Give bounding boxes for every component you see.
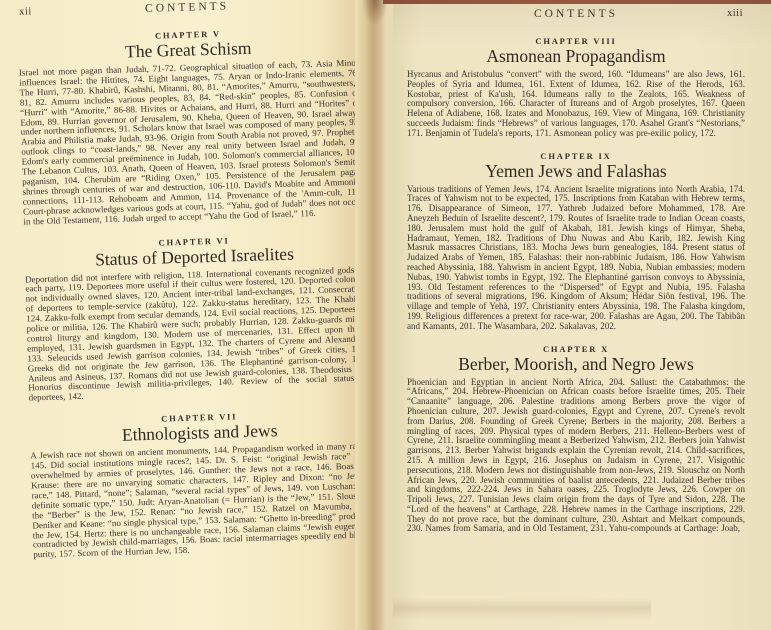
book-scan: xii CONTENTS CHAPTER V The Great Schism … — [0, 0, 771, 630]
left-header-row: xii CONTENTS — [17, 0, 357, 20]
chapter-v: CHAPTER V The Great Schism Israel not mo… — [18, 25, 364, 228]
chapter-viii: CHAPTER VIII Asmonean Propagandism Hyrca… — [407, 36, 745, 139]
chapter-vii-summary: A Jewish race not shown on ancient monum… — [30, 442, 373, 561]
page-gutter — [355, 0, 393, 630]
chapter-ix-label: CHAPTER IX — [407, 151, 745, 161]
chapter-vii: CHAPTER VII Ethnologists and Jews A Jewi… — [29, 408, 373, 561]
right-page-number: xiii — [727, 8, 743, 19]
left-running-head: CONTENTS — [17, 0, 357, 19]
right-running-head: CONTENTS — [407, 8, 745, 20]
chapter-ix: CHAPTER IX Yemen Jews and Falashas Vario… — [407, 151, 745, 332]
chapter-viii-title: Asmonean Propagandism — [407, 47, 745, 66]
chapter-ix-title: Yemen Jews and Falashas — [407, 162, 745, 181]
chapter-vi: CHAPTER VI Status of Deported Israelites… — [24, 231, 369, 404]
chapter-x-label: CHAPTER X — [407, 344, 745, 354]
chapter-x-title: Berber, Moorish, and Negro Jews — [407, 355, 745, 374]
chapter-viii-summary: Hyrcanus and Aristobulus “convert” with … — [407, 70, 745, 139]
page-curl-shadow — [393, 598, 651, 620]
chapter-vi-summary: Deportation did not interfere with relig… — [25, 265, 369, 404]
page-right: CONTENTS xiii CHAPTER VIII Asmonean Prop… — [393, 0, 771, 630]
page-left: xii CONTENTS CHAPTER V The Great Schism … — [0, 0, 372, 630]
chapter-ix-summary: Various traditions of Yemen Jews, 174. A… — [407, 185, 745, 332]
chapter-x: CHAPTER X Berber, Moorish, and Negro Jew… — [407, 344, 745, 535]
chapter-v-summary: Israel not more pagan than Judah, 71-72.… — [19, 59, 364, 228]
scan-top-edge — [383, 0, 771, 4]
chapter-x-summary: Phoenician and Egyptian in ancient North… — [407, 378, 745, 535]
right-header-row: CONTENTS xiii — [407, 8, 745, 21]
chapter-viii-label: CHAPTER VIII — [407, 36, 745, 46]
